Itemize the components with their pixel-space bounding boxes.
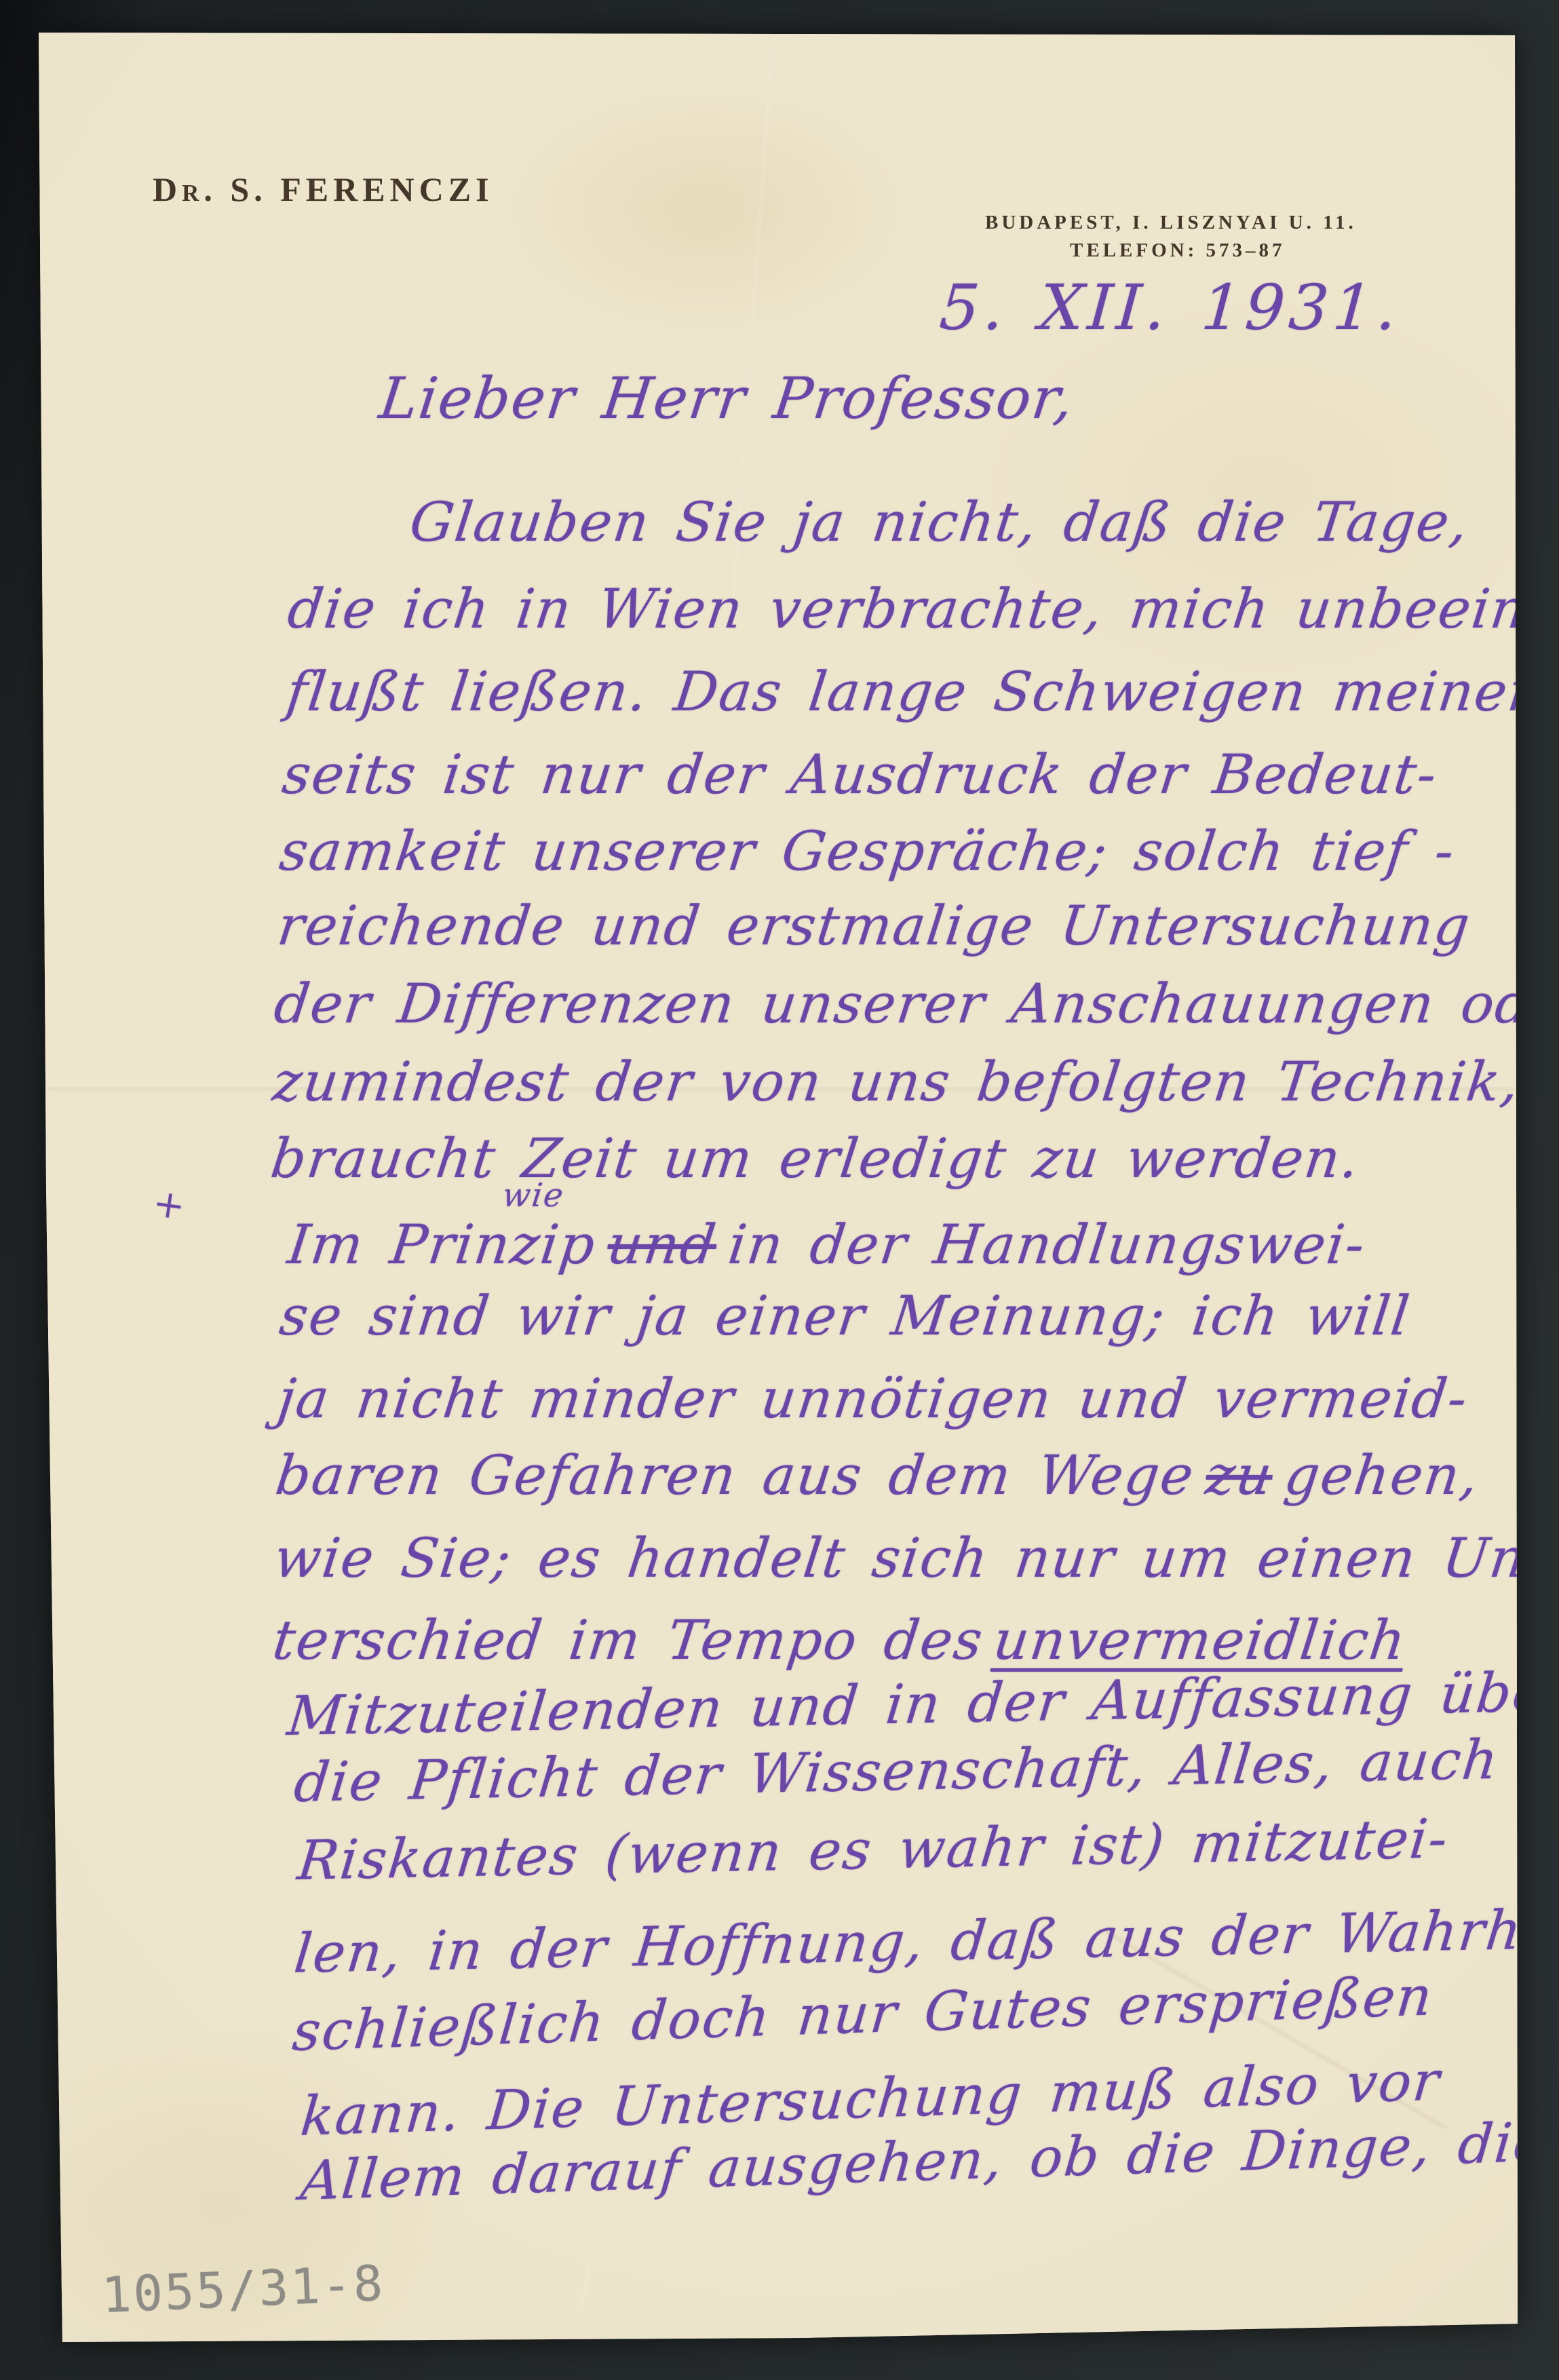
- handwritten-line: se sind wir ja einer Meinung; ich will: [277, 1289, 1413, 1343]
- handwritten-line: baren Gefahren aus dem Wegezugehen,: [273, 1448, 1482, 1503]
- handwritten-line: samkeit unserer Gespräche; solch tief -: [277, 824, 1458, 879]
- letterhead-name: Dr. S. FERENCZI: [153, 170, 494, 209]
- strikethrough-word: und: [604, 1213, 720, 1276]
- handwritten-line: schließlich doch nur Gutes ersprießen: [290, 1969, 1436, 2059]
- letterhead-telephone: TELEFON: 573–87: [1070, 239, 1286, 262]
- handwritten-line: die Pflicht der Wissenschaft, Alles, auc…: [292, 1733, 1501, 1810]
- handwritten-line: zumindest der von uns befolgten Technik,: [270, 1055, 1523, 1109]
- handwritten-line: flußt ließen. Das lange Schweigen meiner…: [284, 665, 1558, 719]
- salutation-line: Lieber Herr Professor,: [377, 370, 1077, 427]
- line-text: baren Gefahren aus dem Wege: [272, 1444, 1198, 1507]
- line-text: in der Handlungswei-: [725, 1213, 1370, 1276]
- handwritten-line: seits ist nur der Ausdruck der Bedeut-: [280, 748, 1440, 802]
- insertion-caret: +: [151, 1185, 189, 1227]
- line-text: Im Prinzip: [284, 1213, 599, 1276]
- handwritten-line: terschied im Tempo desunvermeidlich: [270, 1613, 1409, 1668]
- handwritten-line: die ich in Wien verbrachte, mich unbeein…: [285, 582, 1550, 636]
- handwritten-line: wie Sie; es handelt sich nur um einen Un…: [271, 1531, 1550, 1586]
- line-text: gehen,: [1281, 1444, 1483, 1507]
- line-text: terschied im Tempo des: [269, 1609, 987, 1672]
- handwritten-line: ja nicht minder unnötigen und vermeid-: [275, 1372, 1471, 1426]
- handwritten-line: Riskantes (wenn es wahr ist) mitzutei-: [295, 1812, 1451, 1888]
- letter-paper: Dr. S. FERENCZI BUDAPEST, I. LISZNYAI U.…: [0, 0, 1559, 2380]
- handwritten-line: braucht Zeit um erledigt zu werden.: [268, 1132, 1363, 1186]
- handwritten-line: Im Prinzipundin der Handlungswei-: [285, 1218, 1368, 1272]
- archival-number-pencil: 1055/31-8: [101, 2259, 386, 2320]
- handwritten-line: der Differenzen unserer Anschauungen ode…: [271, 977, 1559, 1031]
- inserted-word: wie: [501, 1179, 566, 1212]
- handwritten-line: reichende und erstmalige Untersuchung: [275, 899, 1474, 953]
- handwritten-line: Glauben Sie ja nicht, daß die Tage,: [407, 495, 1472, 550]
- scan-background: Dr. S. FERENCZI BUDAPEST, I. LISZNYAI U.…: [0, 0, 1559, 2380]
- letter-date: 5. XII. 1931.: [938, 277, 1403, 339]
- letterhead-address: BUDAPEST, I. LISZNYAI U. 11.: [985, 212, 1357, 234]
- strikethrough-word: zu: [1202, 1444, 1276, 1507]
- underlined-word: unvermeidlich: [990, 1609, 1410, 1672]
- paper-shadow: Dr. S. FERENCZI BUDAPEST, I. LISZNYAI U.…: [0, 0, 1559, 2380]
